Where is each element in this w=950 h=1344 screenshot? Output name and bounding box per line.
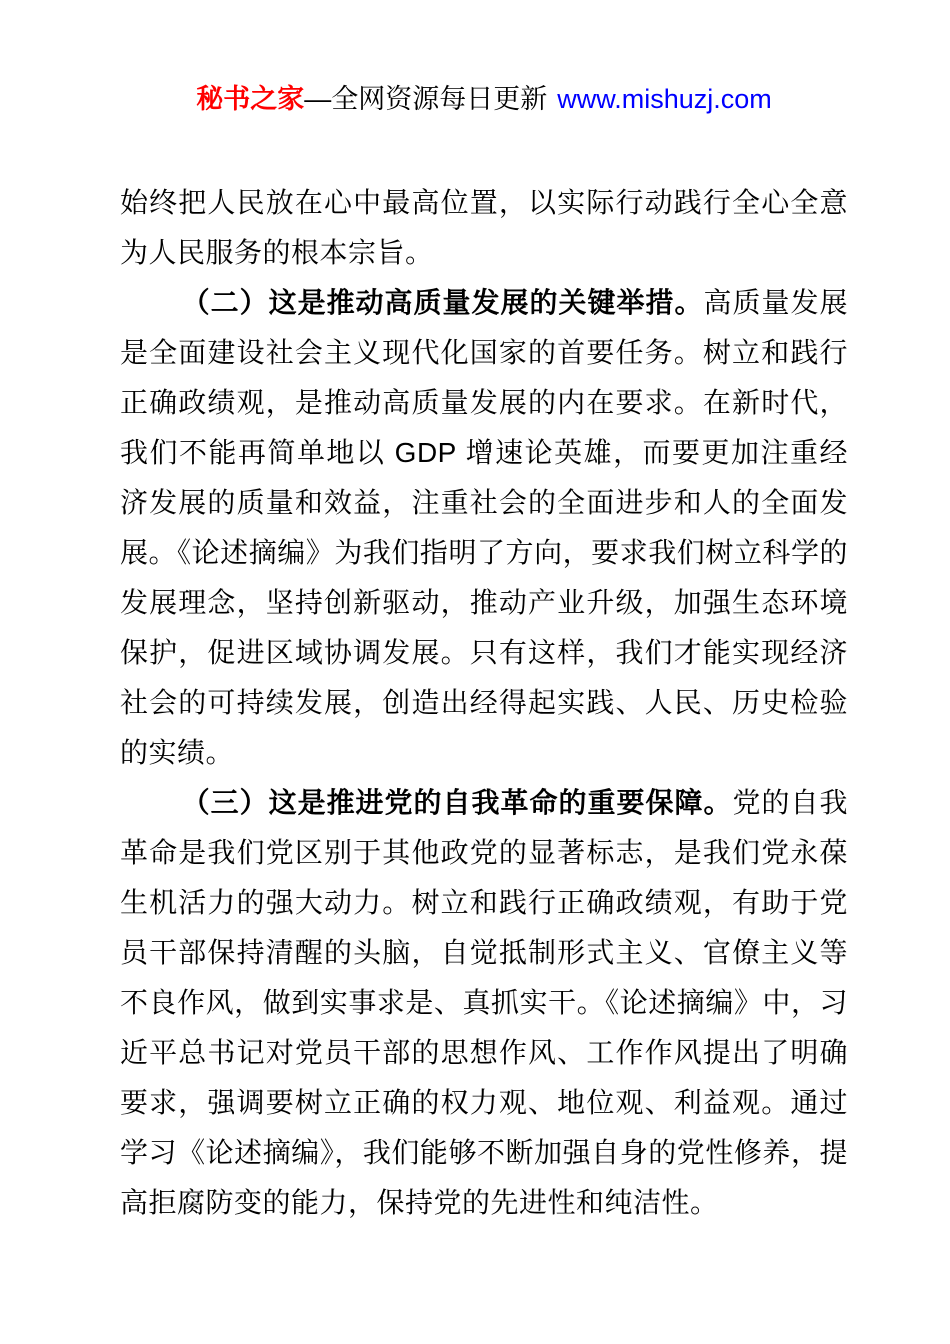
site-url-text: www.mishuzj.com [557, 84, 772, 114]
paragraph-lead: （三）这是推进党的自我革命的重要保障。 [182, 787, 733, 818]
site-tagline-text: —全网资源每日更新 [304, 84, 547, 114]
paragraph-text: 始终把人民放在心中最高位置，以实际行动践行全心全意为人民服务的根本宗旨。 [120, 187, 848, 268]
document-page: 秘书之家—全网资源每日更新www.mishuzj.com 始终把人民放在心中最高… [0, 0, 950, 1344]
paragraph-lead: （二）这是推动高质量发展的关键举措。 [182, 287, 704, 318]
site-header: 秘书之家—全网资源每日更新www.mishuzj.com [120, 79, 848, 119]
paragraph-section-two: （二）这是推动高质量发展的关键举措。高质量发展是全面建设社会主义现代化国家的首要… [120, 278, 848, 778]
paragraph-section-three: （三）这是推进党的自我革命的重要保障。党的自我革命是我们党区别于其他政党的显著标… [120, 778, 848, 1228]
paragraph-text: 高质量发展是全面建设社会主义现代化国家的首要任务。树立和践行正确政绩观，是推动高… [120, 287, 848, 768]
document-body: 始终把人民放在心中最高位置，以实际行动践行全心全意为人民服务的根本宗旨。 （二）… [120, 178, 848, 1228]
site-brand-text: 秘书之家 [196, 84, 304, 114]
paragraph-text: 党的自我革命是我们党区别于其他政党的显著标志，是我们党永葆生机活力的强大动力。树… [120, 787, 848, 1218]
paragraph-continuation: 始终把人民放在心中最高位置，以实际行动践行全心全意为人民服务的根本宗旨。 [120, 178, 848, 278]
